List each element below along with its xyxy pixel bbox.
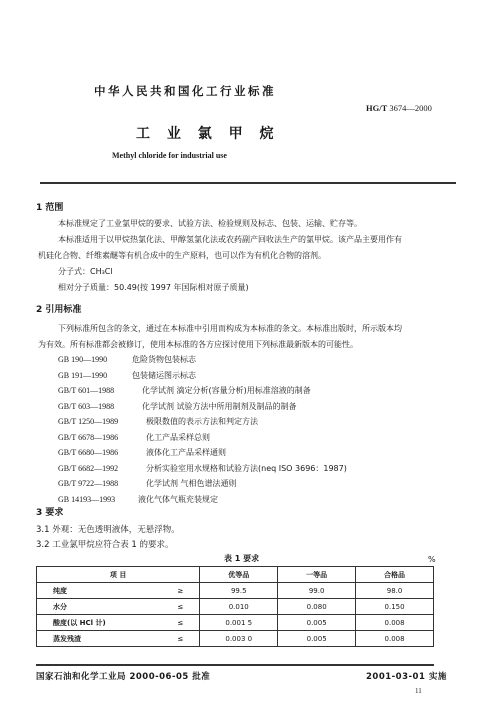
col-header-grade-superior: 优等品 (200, 567, 278, 583)
col-header-item: 项 目 (37, 567, 200, 583)
table-unit: % (428, 554, 436, 565)
standard-code: HG/T 3674—2000 (366, 103, 432, 113)
table-row: 水分 ≤ 0.010 0.080 0.150 (37, 599, 434, 615)
table-caption: 表 1 要求 (224, 553, 259, 564)
reference-item: GB/T 6680—1986液体化工产品采样通则 (58, 445, 347, 461)
reference-list: GB 190—1990危险货物包装标志 GB 191—1990包装储运图示标志 … (58, 352, 347, 507)
table-header-row: 项 目 优等品 一等品 合格品 (37, 567, 434, 583)
document-title-cn: 工 业 氯 甲 烷 (136, 123, 280, 143)
reference-item: GB/T 1250—1989极限数值的表示方法和判定方法 (58, 414, 347, 430)
section-1-heading: 1 范围 (36, 200, 63, 213)
molecular-mass: 相对分子质量：50.49(按 1997 年国际相对原子质量) (58, 282, 249, 293)
col-header-grade-qualified: 合格品 (356, 567, 434, 583)
reference-item: GB 190—1990危险货物包装标志 (58, 352, 347, 368)
standard-code-prefix: HG/T (366, 103, 387, 113)
section-2-heading: 2 引用标准 (36, 302, 81, 315)
reference-item: GB/T 6682—1992分析实验室用水规格和试验方法(neq ISO 369… (58, 461, 347, 477)
clause-3-1: 3.1 外观：无色透明液体，无悬浮物。 (36, 525, 180, 536)
reference-item: GB 14193—1993液化气体气瓶充装规定 (58, 492, 347, 508)
reference-item: GB/T 603—1988化学试剂 试验方法中所用制剂及制品的制备 (58, 399, 347, 415)
col-header-grade-first: 一等品 (278, 567, 356, 583)
section-2-para-1b: 为有效。所有标准都会被修订，使用本标准的各方应探讨使用下列标准最新版本的可能性。 (38, 339, 358, 350)
requirements-table: 项 目 优等品 一等品 合格品 纯度 ≥ 99.5 99.0 98.0 水分 ≤… (36, 566, 434, 647)
standard-code-number: 3674—2000 (389, 103, 432, 113)
section-1-para-2b: 机硅化合物、纤维素醚等有机合成中的生产原料，也可以作为有机化合物的溶剂。 (38, 250, 326, 261)
table-row: 酸度(以 HCl 计) ≤ 0.001 5 0.005 0.008 (37, 615, 434, 631)
section-1-para-1: 本标准规定了工业氯甲烷的要求、试验方法、检验规则及标志、包装、运输、贮存等。 (58, 218, 362, 229)
approval-line: 国家石油和化学工业局 2000-06-05 批准 (36, 670, 210, 682)
document-title-en: Methyl chloride for industrial use (112, 151, 227, 160)
section-1-para-2a: 本标准适用于以甲烷热氯化法、甲醇氢氯化法或农药副产回收法生产的氯甲烷。该产品主要… (58, 234, 402, 245)
section-2-para-1a: 下列标准所包含的条文，通过在本标准中引用而构成为本标准的条文。本标准出版时，所示… (58, 323, 402, 334)
page-number: 11 (415, 687, 422, 695)
clause-3-2: 3.2 工业氯甲烷应符合表 1 的要求。 (36, 540, 174, 551)
section-3-heading: 3 要求 (36, 505, 63, 518)
reference-item: GB/T 601—1988化学试剂 滴定分析(容量分析)用标准溶液的制备 (58, 383, 347, 399)
table-row: 蒸发残渣 ≤ 0.003 0 0.005 0.008 (37, 631, 434, 647)
reference-item: GB 191—1990包装储运图示标志 (58, 368, 347, 384)
molecular-formula: 分子式：CH₃Cl (58, 266, 113, 277)
footer-divider (36, 664, 434, 666)
reference-item: GB/T 9722—1988化学试剂 气相色谱法通则 (58, 476, 347, 492)
table-row: 纯度 ≥ 99.5 99.0 98.0 (37, 583, 434, 599)
standard-body-title: 中华人民共和国化工行业标准 (94, 83, 276, 99)
reference-item: GB/T 6678—1986化工产品采样总则 (58, 430, 347, 446)
effective-date: 2001-03-01 实施 (366, 670, 447, 682)
header-divider (40, 182, 456, 184)
